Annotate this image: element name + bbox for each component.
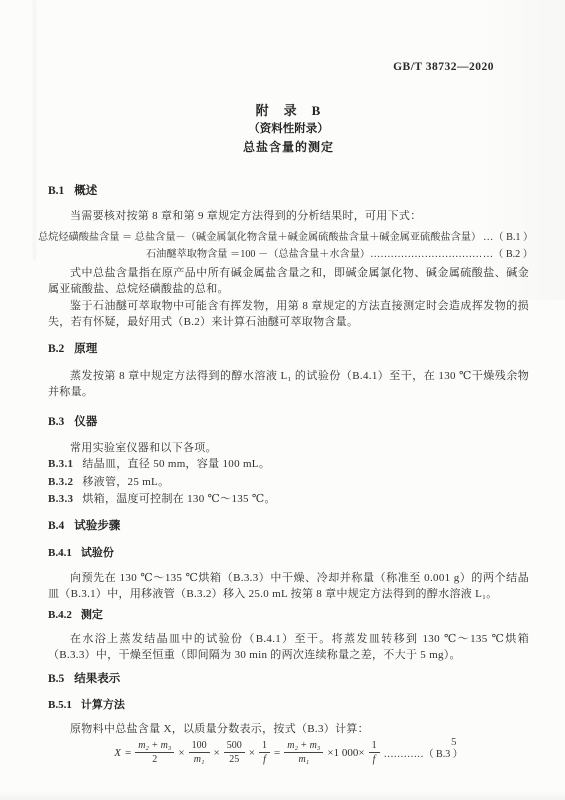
- page-content: 附 录 B （资料性附录） 总盐含量的测定 B.1概述 当需要核对按第 8 章和…: [48, 0, 529, 765]
- b51-body-paragraph: 原物料中总盐含量 X，以质量分数表示，按式（B.3）计算：: [48, 721, 529, 738]
- section-b51-title: 计算方法: [81, 699, 125, 711]
- b41-body-paragraph: 向预先在 130 ℃～135 ℃烘箱（B.3.3）中干燥、冷却并称量（称准至 0…: [48, 570, 529, 603]
- equation-b2-body: 石油醚萃取物含量 ＝100 －（总盐含量＋水含量）: [146, 247, 370, 262]
- section-b1-title: 概述: [74, 185, 97, 197]
- fraction-numerator: m₂ + m₃: [284, 740, 323, 753]
- section-b4-heading: B.4试验步骤: [48, 518, 529, 534]
- equation-b2-leader: ……………………………: [370, 247, 481, 262]
- equation-b1: 总烷烃磺酸盐含量 ＝ 总盐含量－（碱金属氯化物含量＋碱金属硫酸盐含量＋碱金属亚硫…: [38, 230, 533, 245]
- b2-body-paragraph: 蒸发按第 8 章中规定方法得到的醇水溶液 L₁ 的试验份（B.4.1）至干，在 …: [48, 368, 529, 401]
- formula-fraction: m₂ + m₃2: [135, 740, 174, 765]
- section-b41-number: B.4.1: [48, 547, 72, 559]
- fraction-denominator: 25: [224, 753, 245, 765]
- equation-b1-label: …（ B.1 ）: [481, 230, 533, 245]
- apparatus-item: B.3.2移液管，25 mL。: [48, 474, 529, 492]
- b1-note-paragraph-2: 鉴于石油醚可萃取物中可能含有挥发物，用第 8 章规定的方法直接测定时会造成挥发物…: [48, 298, 529, 331]
- fraction-denominator: m₁: [284, 753, 323, 765]
- b3-intro-paragraph: 常用实验室仪器和以下各项。: [48, 440, 529, 457]
- section-b42-heading: B.4.2测定: [48, 607, 529, 623]
- formula-lhs: X: [114, 747, 121, 759]
- formula-fraction: 1f: [259, 740, 270, 765]
- formula-multiplier: ×1 000×: [327, 747, 364, 759]
- apparatus-item-text: 烘箱，温度可控制在 130 ℃～135 ℃。: [82, 493, 275, 505]
- fraction-denominator: 2: [135, 753, 174, 765]
- formula-times: ×: [249, 747, 255, 759]
- appendix-name: 总盐含量的测定: [48, 138, 529, 157]
- section-b51-number: B.5.1: [48, 699, 72, 711]
- apparatus-item-number: B.3.2: [48, 476, 73, 488]
- formula-fraction: m₂ + m₃m₁: [284, 740, 323, 765]
- appendix-title-block: 附 录 B （资料性附录） 总盐含量的测定: [48, 102, 529, 157]
- b42-body-paragraph: 在水浴上蒸发结晶皿中的试验份（B.4.1）至干。将蒸发皿转移到 130 ℃～13…: [48, 631, 529, 664]
- formula-times: ×: [214, 747, 220, 759]
- formula-fraction: 1f: [369, 740, 380, 765]
- fraction-numerator: 100: [189, 740, 210, 753]
- formula-times: ×: [178, 747, 184, 759]
- equation-b2: 石油醚萃取物含量 ＝100 －（总盐含量＋水含量） …………………………… …（…: [38, 247, 533, 262]
- scan-artifact-left: [33, 0, 36, 260]
- apparatus-item-text: 移液管，25 mL。: [82, 476, 169, 488]
- apparatus-item: B.3.1结晶皿，直径 50 mm，容量 100 mL。: [48, 456, 529, 474]
- fraction-denominator: m₁: [189, 753, 210, 765]
- apparatus-item: B.3.3烘箱，温度可控制在 130 ℃～135 ℃。: [48, 491, 529, 509]
- section-b2-title: 原理: [74, 343, 97, 355]
- equation-b1-body: 总烷烃磺酸盐含量 ＝ 总盐含量－（碱金属氯化物含量＋碱金属硫酸盐含量＋碱金属亚硫…: [38, 230, 481, 245]
- fraction-denominator: f: [369, 753, 380, 765]
- section-b41-title: 试验份: [81, 547, 114, 559]
- fraction-numerator: 1: [259, 740, 270, 753]
- section-b5-title: 结果表示: [74, 673, 120, 685]
- section-b2-heading: B.2原理: [48, 341, 529, 357]
- section-b3-heading: B.3仪器: [48, 414, 529, 430]
- b1-note-paragraph-1: 式中总盐含量指在原产品中所有碱金属盐含量之和，即碱金属氯化物、碱金属硫酸盐、碱金…: [48, 265, 529, 298]
- apparatus-item-text: 结晶皿，直径 50 mm，容量 100 mL。: [82, 458, 270, 470]
- section-b3-title: 仪器: [74, 416, 97, 428]
- section-b1-heading: B.1概述: [48, 183, 529, 199]
- formula-fraction: 100m₁: [189, 740, 210, 765]
- section-b5-heading: B.5结果表示: [48, 671, 529, 687]
- scan-artifact-bottom: [0, 790, 565, 800]
- formula-fraction: 50025: [224, 740, 245, 765]
- section-b51-heading: B.5.1计算方法: [48, 697, 529, 713]
- fraction-numerator: 1: [369, 740, 380, 753]
- section-b4-number: B.4: [48, 520, 64, 532]
- section-b5-number: B.5: [48, 673, 64, 685]
- appendix-subtitle: （资料性附录）: [48, 120, 529, 138]
- page-number: 5: [451, 736, 457, 748]
- fraction-numerator: 500: [224, 740, 245, 753]
- b1-intro-paragraph: 当需要核对按第 8 章和第 9 章规定方法得到的分析结果时，可用下式：: [48, 208, 529, 225]
- formula-equals: =: [274, 747, 280, 759]
- section-b1-number: B.1: [48, 185, 64, 197]
- section-b2-number: B.2: [48, 343, 64, 355]
- section-b4-title: 试验步骤: [74, 520, 120, 532]
- apparatus-item-number: B.3.3: [48, 493, 73, 505]
- section-b41-heading: B.4.1试验份: [48, 545, 529, 561]
- fraction-denominator: f: [259, 753, 270, 765]
- section-b3-number: B.3: [48, 416, 64, 428]
- appendix-title: 附 录 B: [48, 102, 529, 120]
- document-page: GB/T 38732—2020 附 录 B （资料性附录） 总盐含量的测定 B.…: [0, 0, 565, 800]
- section-b42-number: B.4.2: [48, 609, 72, 621]
- section-b42-title: 测定: [81, 609, 103, 621]
- equation-b2-label: …（ B.2 ）: [481, 247, 533, 262]
- fraction-numerator: m₂ + m₃: [135, 740, 174, 753]
- formula-equals: =: [125, 747, 131, 759]
- apparatus-item-number: B.3.1: [48, 458, 73, 470]
